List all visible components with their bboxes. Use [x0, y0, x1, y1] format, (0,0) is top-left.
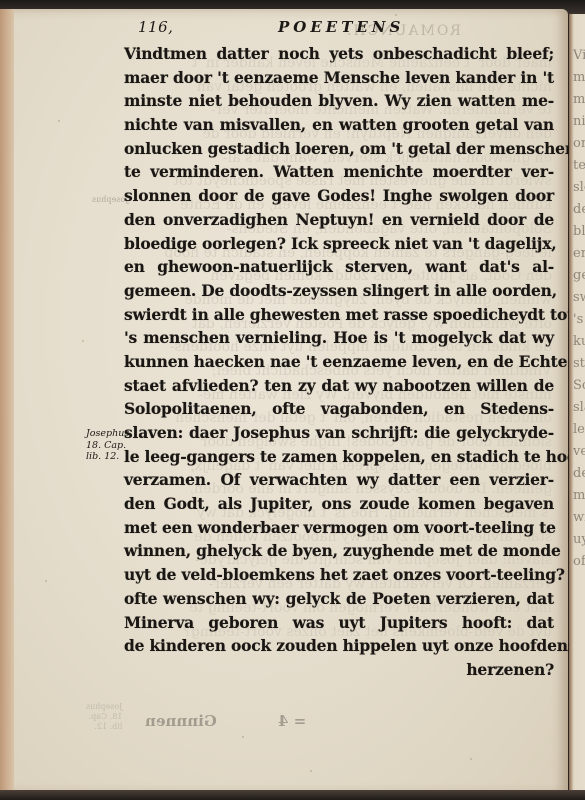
- adjacent-page-text: bloedige oorlegen? Ick spreeck niet van …: [573, 220, 585, 242]
- show-through-signature: = 4: [278, 712, 306, 730]
- text-line: swierdt in alle ghewesten met rasse spoe…: [124, 303, 554, 327]
- adjacent-page-text: slonnen door de gave Godes! Inghe swolge…: [573, 176, 585, 198]
- text-line: slaven: daer Josephus van schrijft: die …: [124, 421, 554, 445]
- marginal-note-line: lib. 12.: [86, 451, 129, 463]
- text-line-final: herzenen?: [124, 658, 554, 682]
- binding-bottom-edge: [0, 790, 585, 800]
- text-line: en ghewoon-natuerlijck sterven, want dat…: [124, 255, 554, 279]
- text-line: Solopolitaenen, ofte vagabonden, en Sted…: [124, 397, 554, 421]
- adjacent-page-text: minste niet behouden blyven. Wy zien wat…: [573, 88, 585, 110]
- marginal-note-line: Josephus: [86, 428, 129, 440]
- paper-speck: [470, 758, 472, 760]
- adjacent-page-text: den onverzadighen Neptuyn! en vernield d…: [573, 198, 585, 220]
- show-through-marginal: Josephus: [92, 195, 128, 204]
- text-line: nichte van misvallen, en watten grooten …: [124, 113, 554, 137]
- adjacent-page-text: den Godt, als Jupiter, ons zoude komen b…: [573, 462, 585, 484]
- text-line: Minerva geboren was uyt Jupiters hooft: …: [124, 611, 554, 635]
- text-line: staet afvlieden? ten zy dat wy nabootzen…: [124, 374, 554, 398]
- adjacent-page-text: met een wonderbaer vermogen om voort-tee…: [573, 484, 585, 506]
- adjacent-page-text: 's menschen vernieling. Hoe is 't mogely…: [573, 308, 585, 330]
- paper-speck: [58, 120, 60, 122]
- show-through-marginal-bottom: Josephus 18. Cap. lib. 12.: [86, 702, 122, 732]
- adjacent-page-text: uyt de veld-bloemkens het zaet onzes voo…: [573, 528, 585, 550]
- body-text: Vindtmen datter noch yets onbeschadicht …: [124, 42, 554, 682]
- text-line: verzamen. Of verwachten wy datter een ve…: [124, 468, 554, 492]
- text-line: den Godt, als Jupiter, ons zoude komen b…: [124, 492, 554, 516]
- adjacent-page-text: Vindtmen datter noch yets onbeschadicht …: [573, 44, 585, 66]
- adjacent-page-text: gemeen. De doodts-zeyssen slingert in al…: [573, 264, 585, 286]
- adjacent-page-text: maer door 't eenzaeme Mensche leven kand…: [573, 66, 585, 88]
- text-line: 's menschen vernieling. Hoe is 't mogely…: [124, 326, 554, 350]
- adjacent-page-text: onlucken gestadich loeren, om 't getal d…: [573, 132, 585, 154]
- adjacent-page-text: verzamen. Of verwachten wy datter een ve…: [573, 440, 585, 462]
- adjacent-page-text: kunnen haecken nae 't eenzaeme leven, en…: [573, 330, 585, 352]
- text-line: gemeen. De doodts-zeyssen slingert in al…: [124, 279, 554, 303]
- paper-speck: [82, 340, 84, 342]
- page-number: 116,: [138, 18, 173, 36]
- paper-speck: [395, 14, 397, 16]
- adjacent-page-text: te verminderen. Watten menichte moerdter…: [573, 154, 585, 176]
- page-fore-edge: [0, 9, 14, 794]
- show-through-catchword: Ginnnen: [145, 712, 217, 730]
- text-line: met een wonderbaer vermogen om voort-tee…: [124, 516, 554, 540]
- adjacent-page-text: winnen, ghelyck de byen, zuyghende met d…: [573, 506, 585, 528]
- adjacent-page-text: nichte van misvallen, en watten grooten …: [573, 110, 585, 132]
- text-line: bloedige oorlegen? Ick spreeck niet van …: [124, 232, 554, 256]
- paper-speck: [45, 580, 47, 582]
- text-line: minste niet behouden blyven. Wy zien wat…: [124, 89, 554, 113]
- adjacent-page-edge: Vindtmen datter noch yets onbeschadicht …: [569, 14, 585, 792]
- scanned-book-spread: ROMAUNCH. maer door 't eenzaeme Mensche …: [0, 0, 585, 800]
- text-line: de kinderen oock zouden hippelen uyt onz…: [124, 634, 554, 658]
- text-line: winnen, ghelyck de byen, zuyghende met d…: [124, 539, 554, 563]
- text-line: kunnen haecken nae 't eenzaeme leven, en…: [124, 350, 554, 374]
- running-title: POEETENS: [278, 18, 404, 36]
- adjacent-page-text: staet afvlieden? ten zy dat wy nabootzen…: [573, 352, 585, 374]
- paper-speck: [242, 736, 244, 738]
- text-line: den onverzadighen Neptuyn! en vernield d…: [124, 208, 554, 232]
- marginal-note-line: 18. Cap.: [86, 440, 129, 452]
- adjacent-page-text: slaven: daer Josephus van schrijft: die …: [573, 396, 585, 418]
- text-line: uyt de veld-bloemkens het zaet onzes voo…: [124, 563, 554, 587]
- adjacent-page-text: ofte wenschen wy: gelyck de Poeten verzi…: [573, 550, 585, 572]
- adjacent-page-text: le leeg-gangers te zamen koppelen, en st…: [573, 418, 585, 440]
- text-line: Vindtmen datter noch yets onbeschadicht …: [124, 42, 554, 66]
- running-head: 116, POEETENS: [138, 18, 558, 38]
- adjacent-page-text: swierdt in alle ghewesten met rasse spoe…: [573, 286, 585, 308]
- text-line: onlucken gestadich loeren, om 't getal d…: [124, 137, 554, 161]
- paper-speck: [310, 770, 312, 772]
- text-line: ofte wenschen wy: gelyck de Poeten verzi…: [124, 587, 554, 611]
- adjacent-page-text: en ghewoon-natuerlijck sterven, want dat…: [573, 242, 585, 264]
- text-line: slonnen door de gave Godes! Inghe swolge…: [124, 184, 554, 208]
- text-line: te verminderen. Watten menichte moerdter…: [124, 160, 554, 184]
- text-line: le leeg-gangers te zamen koppelen, en st…: [124, 445, 554, 469]
- marginal-note: Josephus 18. Cap. lib. 12.: [86, 428, 129, 463]
- adjacent-page-text: Solopolitaenen, ofte vagabonden, en Sted…: [573, 374, 585, 396]
- text-line: maer door 't eenzaeme Mensche leven kand…: [124, 66, 554, 90]
